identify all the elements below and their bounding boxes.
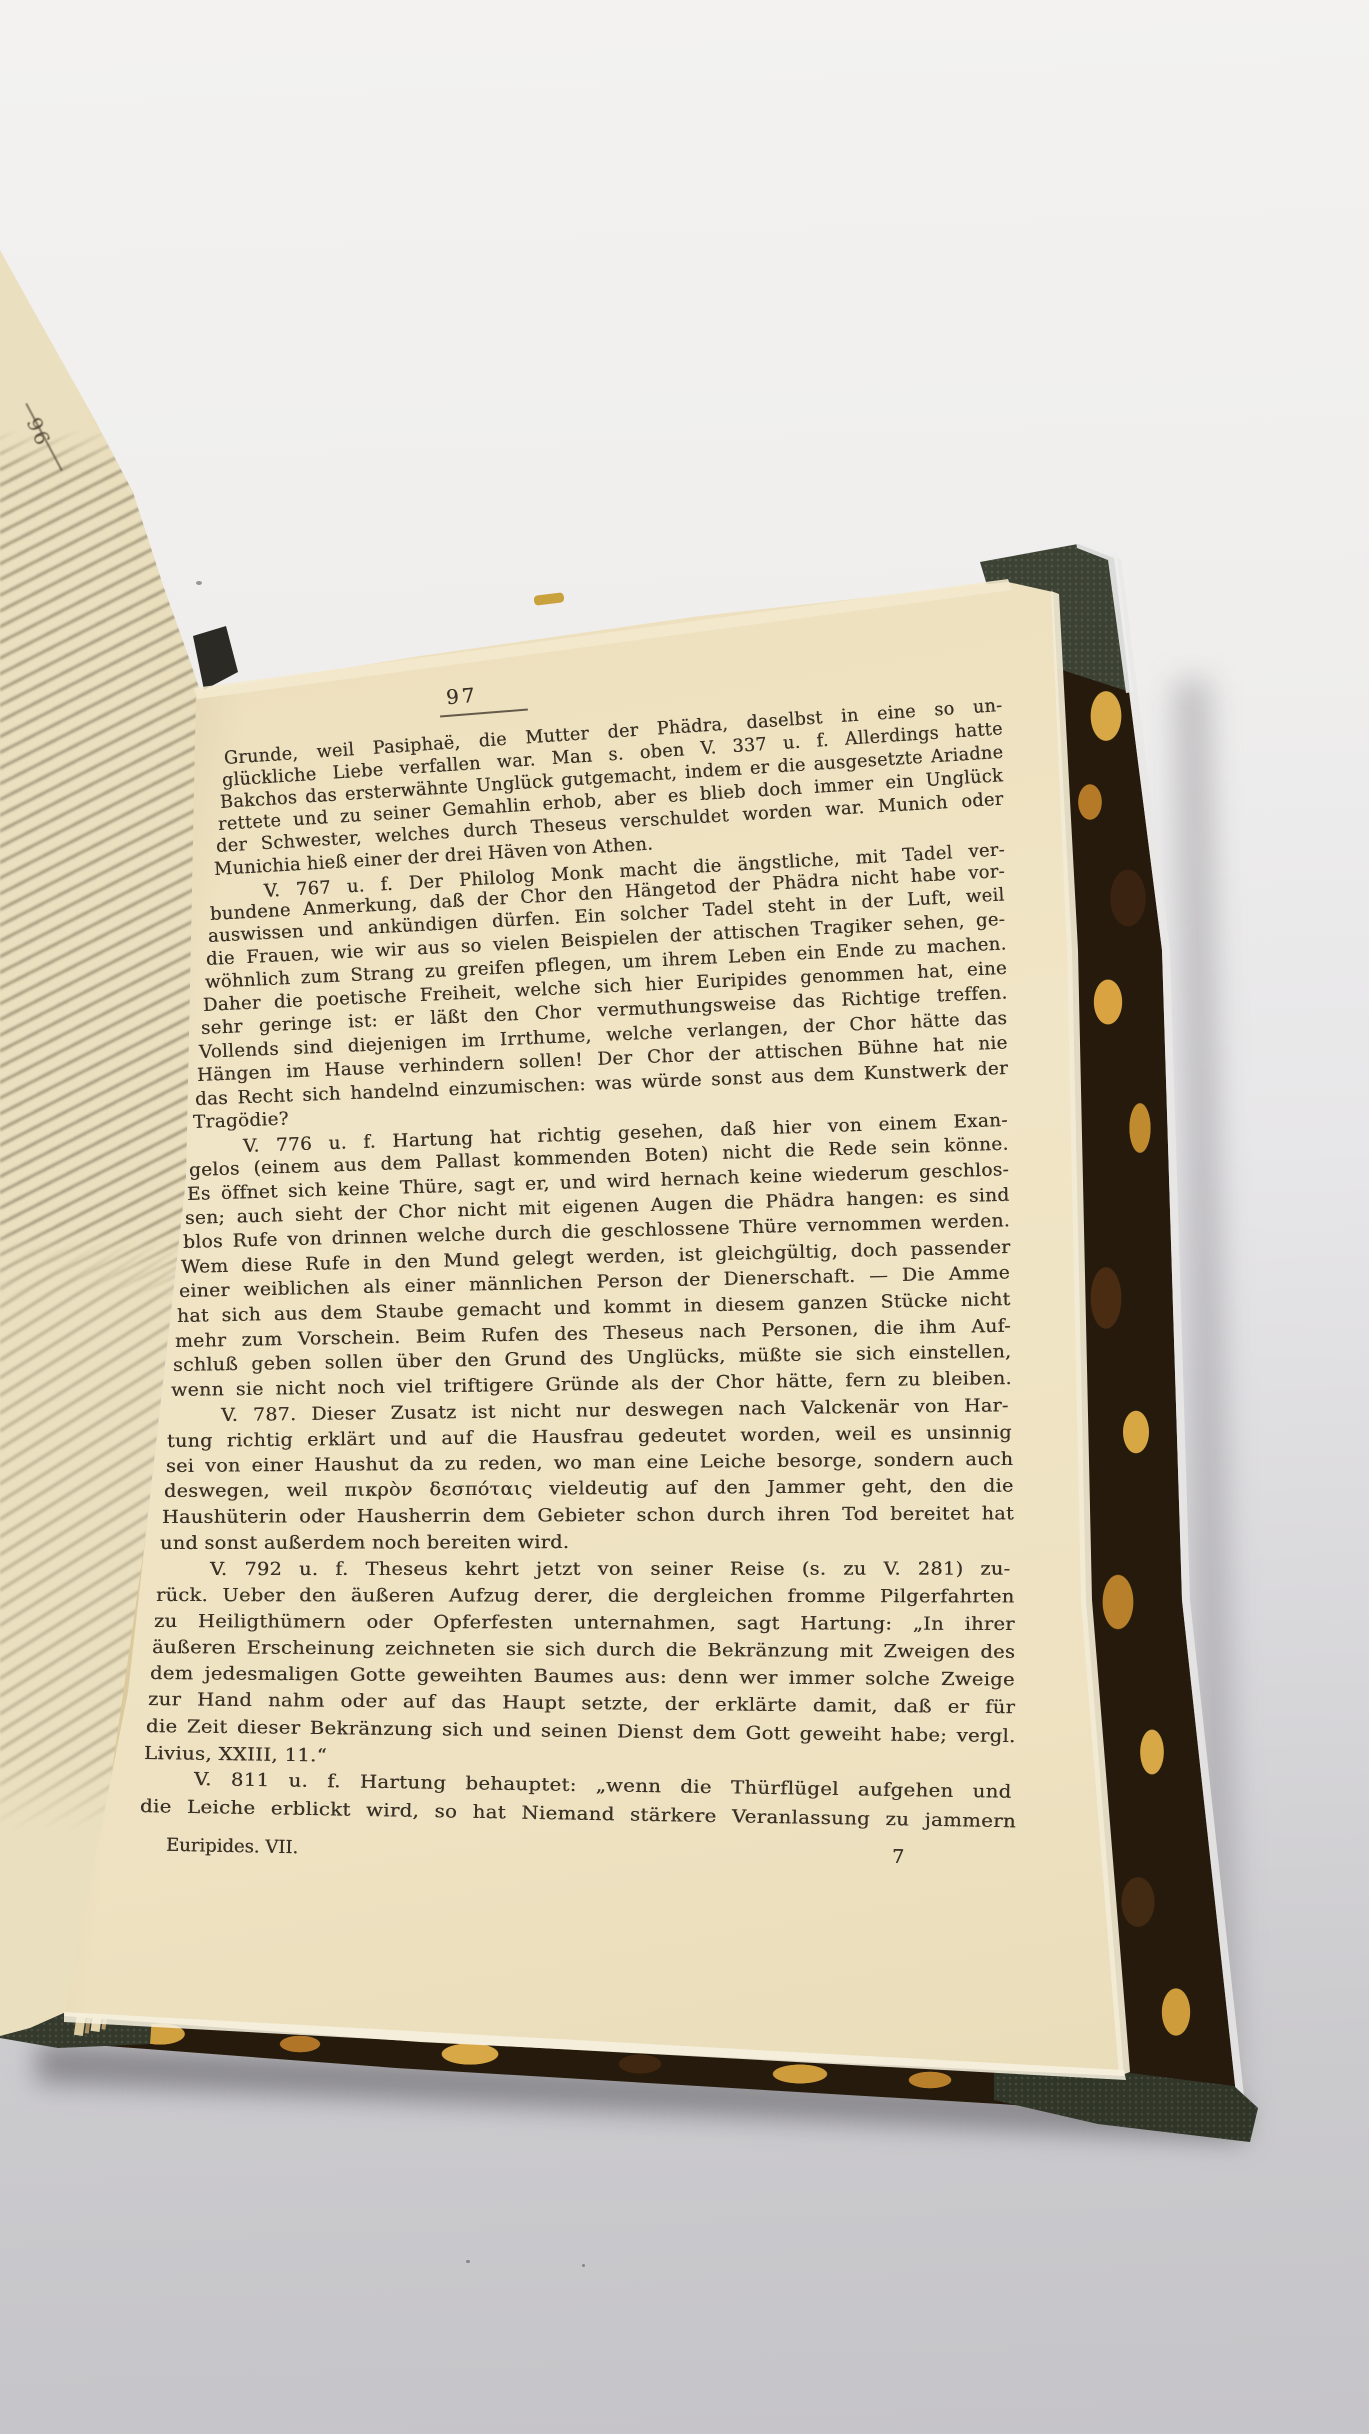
- dust-speck: [582, 2264, 585, 2267]
- dust-speck: [196, 581, 202, 585]
- text-line: Haushüterin oder Hausherrin dem Gebieter…: [162, 1501, 1014, 1530]
- text-line: V. 792 u. f. Theseus kehrt jetzt von sei…: [210, 1556, 1010, 1581]
- text-line: äußeren Erscheinung zeichneten sie sich …: [152, 1635, 1015, 1665]
- right-page-number-rule: [440, 709, 528, 718]
- book-photo: 96 97 Grunde, weil Pasiphaë, die Mutter …: [0, 0, 1369, 2434]
- text-line: deswegen, weil πικρὸν δεσπόταις vieldeut…: [163, 1474, 1013, 1504]
- footer-signature: Euripides. VII.: [166, 1835, 299, 1859]
- text-line: und sonst außerdem noch bereiten wird.: [160, 1529, 1014, 1556]
- text-line: zu Heiligthümern oder Opferfesten untern…: [154, 1609, 1015, 1637]
- right-page-text: 97 Grunde, weil Pasiphaë, die Mutter der…: [0, 0, 1369, 2434]
- text-line: rück. Ueber den äußeren Aufzug derer, di…: [156, 1583, 1014, 1609]
- dust-speck: [466, 2260, 470, 2263]
- sheet-number: 7: [892, 1846, 904, 1868]
- right-page-number: 97: [445, 683, 478, 709]
